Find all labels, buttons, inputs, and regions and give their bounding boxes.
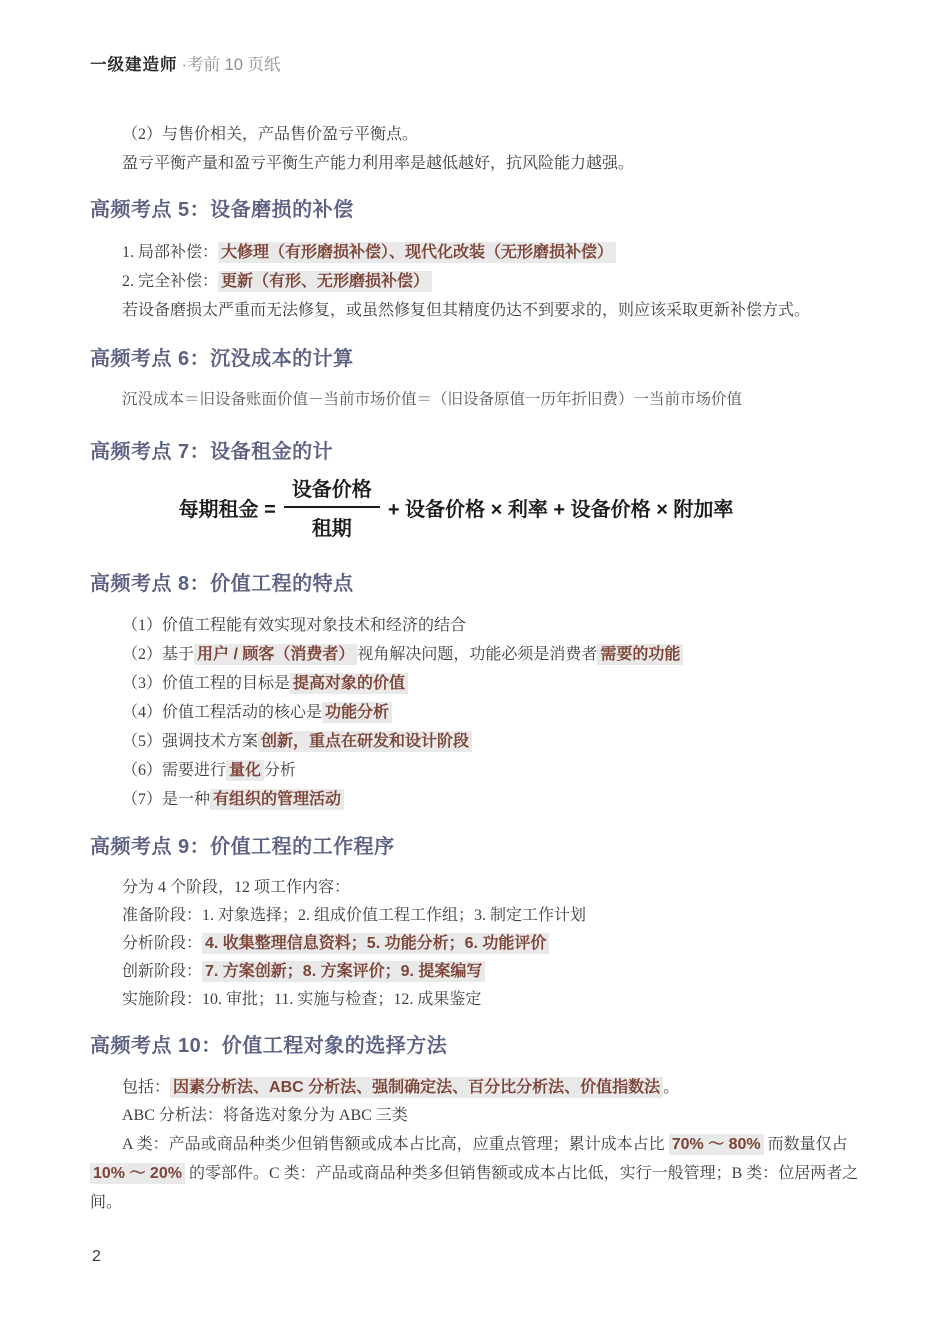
section5-item1-highlight: 大修理（有形磨损补偿）、现代化改装（无形磨损补偿） [218,242,616,263]
rent-formula: 每期租金 = 设备价格 租期 + 设备价格 × 利率 + 设备价格 × 附加率 [90,472,822,542]
section10-line-2: ABC 分析法：将备选对象分为 ABC 三类 [90,1102,862,1130]
section10-line1-pre: 包括： [122,1079,170,1096]
section5-item-1: 1. 局部补偿：大修理（有形磨损补偿）、现代化改装（无形磨损补偿） [90,238,862,267]
section8-item-3: （3）价值工程的目标是提高对象的价值 [90,669,862,698]
section5-item2-highlight: 更新（有形、无形磨损补偿） [218,271,432,292]
section5-heading: 高频考点 5：设备磨损的补偿 [90,196,862,224]
rent-formula-denominator: 租期 [312,508,352,541]
section9-line-3: 分析阶段：4. 收集整理信息资料；5. 功能分析；6. 功能评价 [90,930,862,958]
doc-header: 一级建造师·考前 10 页纸 [90,55,862,75]
section8-item5-highlight: 创新，重点在研发和设计阶段 [258,731,472,752]
rent-formula-fraction: 设备价格 租期 [284,473,380,541]
section10-line-1: 包括：因素分析法、ABC 分析法、强制确定法、百分比分析法、价值指数法。 [90,1074,862,1102]
intro-line-2: 盈亏平衡产量和盈亏平衡生产能力利用率是越低越好，抗风险能力越强。 [90,149,862,178]
section8-item7-pre: （7）是一种 [122,791,210,808]
section8-item4-highlight: 功能分析 [322,702,392,723]
section8-item7-highlight: 有组织的管理活动 [210,789,344,810]
section9-line4-pre: 创新阶段： [122,963,202,980]
section5-item2-label: 2. 完全补偿： [122,273,218,290]
section7-heading: 高频考点 7：设备租金的计 [90,438,862,466]
section8-item2-mid: 视角解决问题，功能必须是消费者 [357,646,597,663]
section10-line1-highlight: 因素分析法、ABC 分析法、强制确定法、百分比分析法、价值指数法 [170,1077,663,1098]
section10-para-highlight-2: 10% ～ 20% [90,1163,185,1184]
section8-item2-highlight-1: 用户 / 顾客（消费者） [194,644,357,665]
doc-brand: 一级建造师 [90,56,178,74]
section10-para-highlight-1: 70% ～ 80% [669,1134,764,1155]
section8-item-5: （5）强调技术方案创新，重点在研发和设计阶段 [90,727,862,756]
section8-item-4: （4）价值工程活动的核心是功能分析 [90,698,862,727]
section9-line3-highlight: 4. 收集整理信息资料；5. 功能分析；6. 功能评价 [202,933,549,954]
rent-formula-numerator: 设备价格 [284,473,380,508]
intro-line-1: （2）与售价相关，产品售价盈亏平衡点。 [90,120,862,149]
section10-para-mid: 而数量仅占 [764,1136,848,1153]
section8-item-1: （1）价值工程能有效实现对象技术和经济的结合 [90,611,862,640]
section8-item2-pre: （2）基于 [122,646,194,663]
section8-item6-highlight: 量化 [226,760,264,781]
section9-line3-pre: 分析阶段： [122,935,202,952]
section9-line4-highlight: 7. 方案创新；8. 方案评价；9. 提案编写 [202,961,485,982]
section8-item3-pre: （3）价值工程的目标是 [122,675,290,692]
section9-line-4: 创新阶段：7. 方案创新；8. 方案评价；9. 提案编写 [90,958,862,986]
doc-subtitle: ·考前 10 页纸 [182,56,281,74]
section9-line-5: 实施阶段：10. 审批；11. 实施与检查；12. 成果鉴定 [90,986,862,1014]
section8-item4-pre: （4）价值工程活动的核心是 [122,704,322,721]
section8-item2-highlight-2: 需要的功能 [597,644,683,665]
section8-heading: 高频考点 8：价值工程的特点 [90,570,862,598]
section6-heading: 高频考点 6：沉没成本的计算 [90,345,862,373]
section10-line1-post: 。 [663,1079,679,1096]
rent-formula-rhs: + 设备价格 × 利率 + 设备价格 × 附加率 [388,493,734,522]
page-number: 2 [92,1248,101,1266]
section10-abc-paragraph: A 类：产品或商品种类少但销售额或成本占比高，应重点管理；累计成本占比 70% … [90,1130,862,1217]
section10-heading: 高频考点 10：价值工程对象的选择方法 [90,1032,862,1060]
section9-heading: 高频考点 9：价值工程的工作程序 [90,833,862,861]
section9-line-1: 分为 4 个阶段，12 项工作内容： [90,874,862,902]
section8-item-2: （2）基于用户 / 顾客（消费者）视角解决问题，功能必须是消费者需要的功能 [90,640,862,669]
section10-para-post: 的零部件。C 类：产品或商品种类多但销售额或成本占比低，实行一般管理；B 类：位… [90,1165,858,1211]
section8-item5-pre: （5）强调技术方案 [122,733,258,750]
rent-formula-lhs: 每期租金 = [179,493,276,522]
section5-note: 若设备磨损太严重而无法修复，或虽然修复但其精度仍达不到要求的，则应该采取更新补偿… [90,296,862,325]
section6-formula: 沉没成本＝旧设备账面价值－当前市场价值＝（旧设备原值一历年折旧费）一当前市场价值 [90,385,862,414]
section9-line-2: 准备阶段：1. 对象选择；2. 组成价值工程工作组；3. 制定工作计划 [90,902,862,930]
section8-item-6: （6）需要进行量化分析 [90,756,862,785]
section8-item-7: （7）是一种有组织的管理活动 [90,785,862,814]
section10-para-pre: A 类：产品或商品种类少但销售额或成本占比高，应重点管理；累计成本占比 [122,1136,669,1153]
section8-item6-pre: （6）需要进行 [122,762,226,779]
section5-item-2: 2. 完全补偿：更新（有形、无形磨损补偿） [90,267,862,296]
section5-item1-label: 1. 局部补偿： [122,244,218,261]
document-page: 一级建造师·考前 10 页纸 （2）与售价相关，产品售价盈亏平衡点。 盈亏平衡产… [0,0,950,1333]
section8-item3-highlight: 提高对象的价值 [290,673,408,694]
section8-item6-post: 分析 [264,762,296,779]
